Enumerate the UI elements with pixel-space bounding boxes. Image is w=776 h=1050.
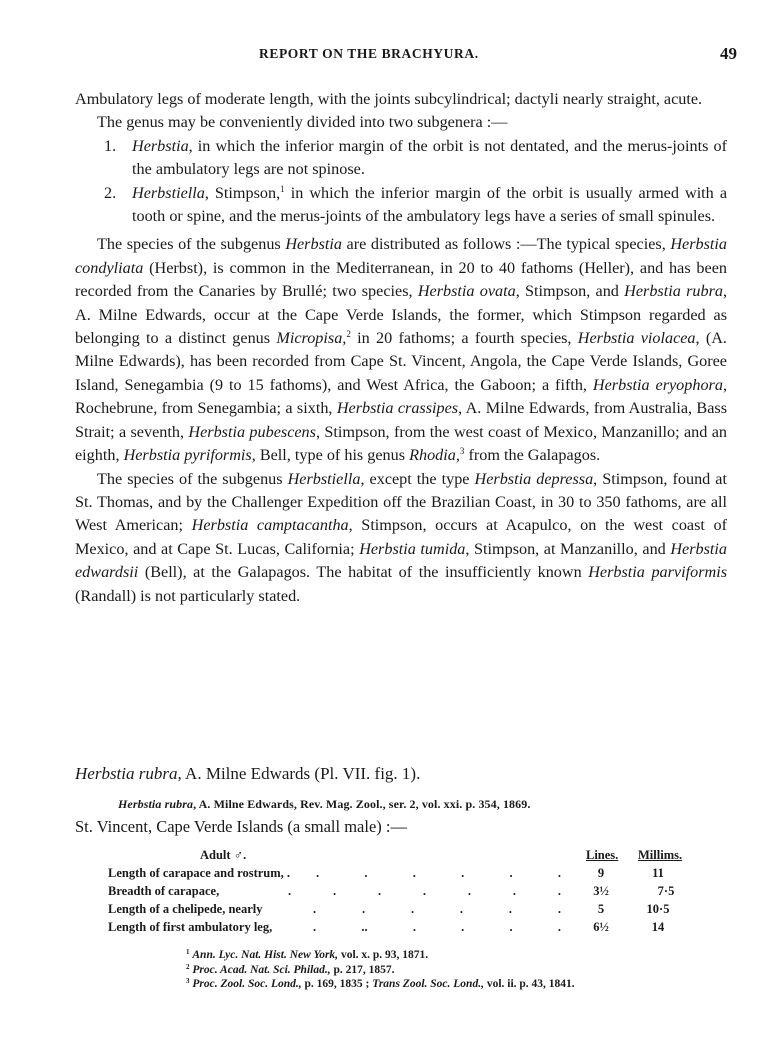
list-text: , Stimpson,	[205, 184, 280, 202]
table-header: Adult ♂. Lines. Millims.	[108, 848, 688, 866]
page-number: 49	[720, 44, 737, 64]
column-header-lines: Lines.	[586, 848, 616, 863]
table-row: Length of first ambulatory leg, ....... …	[108, 920, 688, 938]
running-title: REPORT ON THE BRACHYURA.	[259, 46, 479, 62]
paragraph-herbstia-species: The species of the subgenus Herbstia are…	[75, 233, 727, 467]
footnote-text: vol. ii. p. 43, 1841.	[484, 978, 575, 990]
running-header: REPORT ON THE BRACHYURA. 49	[259, 46, 749, 70]
footnote-text: vol. x. p. 93, 1871.	[338, 949, 428, 961]
list-number: 1.	[104, 135, 116, 158]
footnote-number: 2	[186, 963, 190, 971]
footnote: 3 Proc. Zool. Soc. Lond., p. 169, 1835 ;…	[186, 977, 575, 992]
value-lines: 6½	[586, 920, 616, 935]
value-millims: 14	[638, 920, 678, 935]
footnote-text: p. 217, 1857.	[331, 964, 395, 976]
footnote-source: Ann. Lyc. Nat. Hist. New York,	[192, 949, 338, 961]
footnote-number: 1	[186, 948, 190, 956]
locality-line: St. Vincent, Cape Verde Islands (a small…	[75, 817, 407, 837]
subgenus-name: Herbstiella	[132, 184, 205, 202]
footnote-source: Proc. Zool. Soc. Lond.,	[192, 978, 301, 990]
leader-dots: ......	[313, 902, 561, 917]
footnotes: 1 Ann. Lyc. Nat. Hist. New York, vol. x.…	[186, 948, 575, 992]
leader-dots: .......	[313, 920, 561, 935]
reference-text: , A. Milne Edwards, Rev. Mag. Zool., ser…	[193, 797, 530, 811]
species-reference: Herbstia rubra, A. Milne Edwards, Rev. M…	[118, 797, 530, 812]
measurements-table: Adult ♂. Lines. Millims. Length of carap…	[108, 848, 688, 938]
footnote-number: 3	[186, 977, 190, 985]
paragraph-subgenera-intro: The genus may be conveniently divided in…	[75, 111, 727, 134]
body-text: Ambulatory legs of moderate length, with…	[75, 88, 727, 608]
value-millims: 10·5	[638, 902, 678, 917]
table-row: Length of a chelipede, nearly ...... 5 1…	[108, 902, 688, 920]
subgenus-name: Herbstia	[132, 137, 189, 155]
column-header-specimen: Adult ♂.	[200, 848, 246, 863]
value-lines: 3½	[586, 884, 616, 899]
value-millims: 11	[638, 866, 678, 881]
footnote: 1 Ann. Lyc. Nat. Hist. New York, vol. x.…	[186, 948, 575, 963]
leader-dots: .......	[288, 884, 561, 899]
species-authority: , A. Milne Edwards (Pl. VII. fig. 1).	[177, 764, 420, 783]
list-item: 2.Herbstiella, Stimpson,1 in which the i…	[75, 182, 727, 229]
value-millims: 7·5	[646, 884, 686, 899]
list-number: 2.	[104, 182, 116, 205]
footnote-source: Proc. Acad. Nat. Sci. Philad.,	[192, 964, 330, 976]
subgenera-intro-text: The genus may be conveniently divided in…	[97, 113, 507, 131]
leader-dots: ......	[316, 866, 561, 881]
row-label: Length of a chelipede, nearly	[108, 902, 263, 917]
row-label: Length of carapace and rostrum, .	[108, 866, 290, 881]
reference-species-name: Herbstia rubra	[118, 797, 193, 811]
row-label: Breadth of carapace,	[108, 884, 219, 899]
list-item: 1.Herbstia, in which the inferior margin…	[75, 135, 727, 182]
paragraph-legs: Ambulatory legs of moderate length, with…	[75, 88, 727, 111]
value-lines: 9	[586, 866, 616, 881]
footnote: 2 Proc. Acad. Nat. Sci. Philad., p. 217,…	[186, 963, 575, 978]
table-row: Length of carapace and rostrum, . ......…	[108, 866, 688, 884]
list-text: , in which the inferior margin of the or…	[132, 137, 727, 178]
subgenera-list: 1.Herbstia, in which the inferior margin…	[75, 135, 727, 229]
species-name: Herbstia rubra	[75, 764, 177, 783]
species-heading: Herbstia rubra, A. Milne Edwards (Pl. VI…	[75, 764, 420, 784]
column-header-millims: Millims.	[638, 848, 678, 863]
table-row: Breadth of carapace, ....... 3½ 7·5	[108, 884, 688, 902]
footnote-text: p. 169, 1835 ;	[302, 978, 373, 990]
value-lines: 5	[586, 902, 616, 917]
row-label: Length of first ambulatory leg,	[108, 920, 272, 935]
paragraph-herbstiella-species: The species of the subgenus Herbstiella,…	[75, 468, 727, 608]
footnote-source: Trans Zool. Soc. Lond.,	[372, 978, 484, 990]
